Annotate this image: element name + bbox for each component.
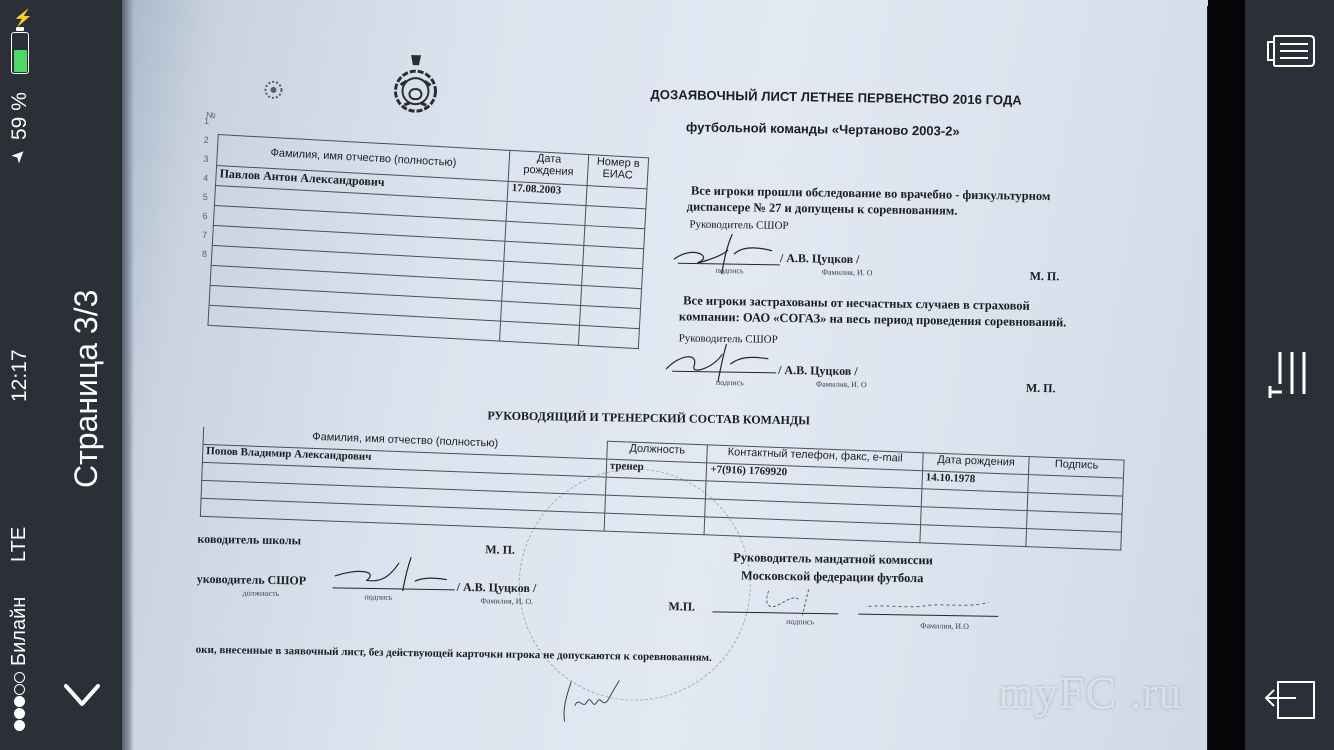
insurance-stamp-label: М. П.	[1026, 381, 1056, 396]
page-border-strip	[1208, 0, 1245, 750]
battery-cap	[16, 27, 24, 31]
battery-icon	[11, 32, 29, 74]
insurance-signatory: / А.В. Цуцков /	[778, 363, 858, 379]
document-photo: ДОЗАЯВОЧНЫЙ ЛИСТ ЛЕТНЕЕ ПЕРВЕНСТВО 2016 …	[122, 0, 1212, 750]
battery-level	[14, 50, 27, 72]
signal-dot-filled	[14, 720, 25, 731]
network-type: LTE	[8, 527, 31, 562]
row-numbers: 12345678	[202, 112, 209, 264]
player-eias-cell	[578, 325, 639, 348]
signal-strength-icon	[14, 672, 26, 732]
signal-dot-empty	[14, 684, 25, 695]
document-title: ДОЗАЯВОЧНЫЙ ЛИСТ ЛЕТНЕЕ ПЕРВЕНСТВО 2016 …	[650, 87, 1022, 108]
location-arrow-icon: ➤	[7, 144, 31, 168]
row-number: 3	[203, 150, 208, 169]
commission-name-label: Фамилия, И.О	[920, 621, 969, 631]
right-toolbar	[1245, 0, 1334, 750]
medical-sig-label: подпись	[716, 266, 744, 275]
columns-icon[interactable]	[1268, 350, 1308, 400]
row-number: 8	[202, 245, 207, 264]
chevron-down-icon[interactable]	[62, 676, 102, 716]
document-page: ДОЗАЯВОЧНЫЙ ЛИСТ ЛЕТНЕЕ ПЕРВЕНСТВО 2016 …	[122, 0, 1212, 750]
signal-dot-filled	[14, 696, 25, 707]
school-head-label: ководитель школы	[197, 532, 301, 549]
club-emblem-icon	[390, 51, 441, 122]
sshor-signatory: / А.В. Цуцков /	[457, 580, 537, 596]
commission-line2: Московской федерации футбола	[741, 568, 924, 586]
signal-dot-filled	[14, 708, 25, 719]
document-subtitle: футбольной команды «Чертаново 2003-2»	[686, 119, 960, 138]
medical-name-label: Фамилия, И. О	[822, 268, 873, 278]
players-table: Фамилия, имя отчество (полностью) Дата р…	[207, 134, 649, 349]
sshor-head-label: уководитель СШОР	[197, 572, 307, 589]
clock: 12:17	[8, 349, 32, 402]
commission-stamp-label: М.П.	[668, 599, 695, 614]
row-number: 4	[203, 169, 208, 188]
signal-dot-empty	[14, 672, 25, 683]
page-title: Страница 3/3	[68, 290, 105, 488]
small-emblem-icon	[260, 79, 286, 101]
staff-table-title: РУКОВОДЯЩИЙ И ТРЕНЕРСКИЙ СОСТАВ КОМАНДЫ	[487, 408, 810, 428]
medical-stamp-label: М. П.	[1030, 269, 1060, 284]
battery-percentage: 59 %	[8, 92, 32, 140]
signature-mark	[327, 554, 458, 596]
row-number: 2	[204, 131, 209, 150]
watermark: myFC .ru	[998, 666, 1182, 719]
sshor-name-label: Фамилия, И. О.	[480, 596, 533, 606]
header-eias: Номер в ЕИАС	[587, 155, 649, 189]
list-view-icon[interactable]	[1264, 28, 1316, 72]
header-dob: Дата рождения	[509, 150, 589, 185]
insurance-name-label: Фамилия, И. О	[816, 379, 867, 389]
carrier-name: Билайн	[8, 597, 31, 666]
left-status-bar: ⚡ 59 % ➤ 12:17 LTE Билайн Страница 3/3	[0, 0, 122, 750]
sshor-sig-label: подпись	[364, 592, 392, 601]
row-number: 1	[204, 112, 209, 131]
player-dob-cell	[500, 321, 579, 345]
position-label: должность	[243, 588, 280, 598]
medical-text-line2: диспансере № 27 и допущены к соревновани…	[687, 199, 958, 218]
medical-signatory: / А.В. Цуцков /	[780, 251, 860, 267]
commission-sig-label: подпись	[786, 617, 814, 626]
row-number: 6	[202, 207, 207, 226]
school-stamp-label: М. П.	[485, 542, 515, 557]
exit-icon[interactable]	[1262, 678, 1318, 722]
commission-line1: Руководитель мандатной комиссии	[733, 550, 933, 568]
staff-signature-cell	[1026, 529, 1121, 550]
insurance-sig-label: подпись	[716, 378, 744, 387]
row-number: 7	[202, 226, 207, 245]
commission-signature	[708, 584, 1009, 625]
lightning-bolt-icon: ⚡	[13, 8, 33, 28]
handwritten-signature	[557, 675, 628, 726]
staff-dob-cell	[920, 525, 1027, 547]
row-number: 5	[203, 188, 208, 207]
